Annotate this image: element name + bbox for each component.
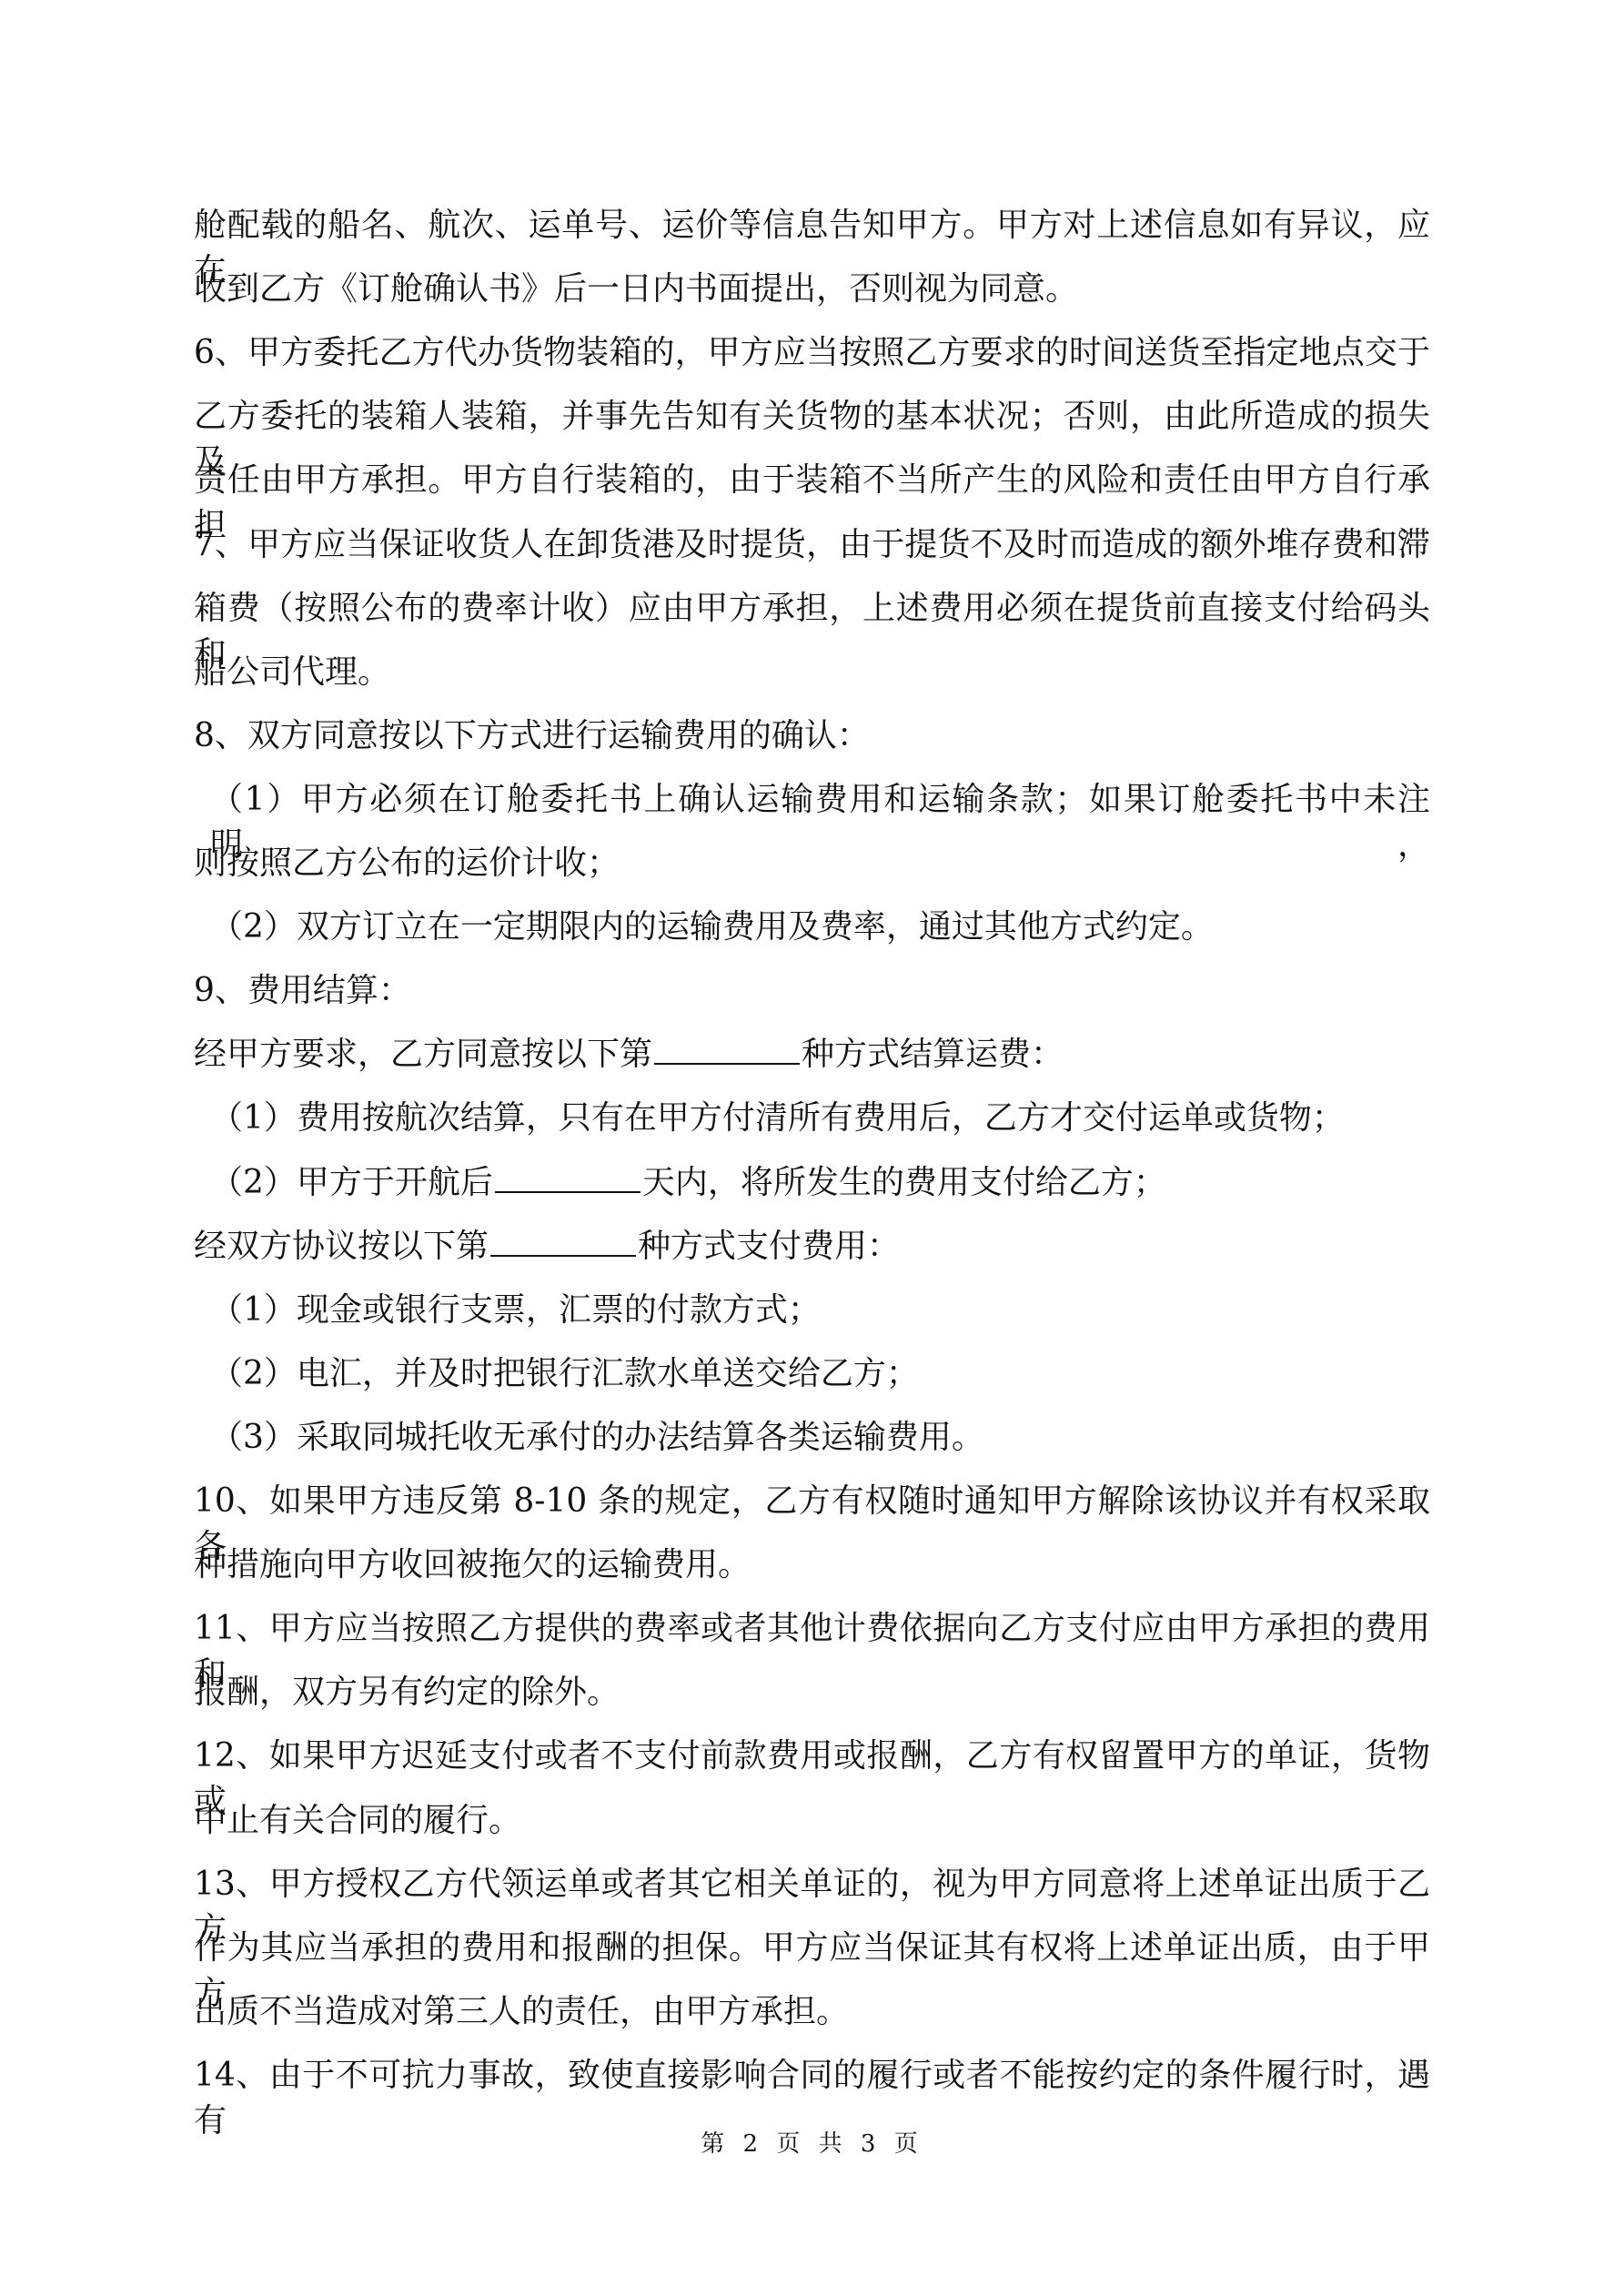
document-line: 则按照乙方公布的运价计收； (194, 841, 1430, 886)
document-line: 9、费用结算： (194, 968, 1430, 1014)
document-line: 收到乙方《订舱确认书》后一日内书面提出，否则视为同意。 (194, 267, 1430, 312)
document-line: （1）费用按航次结算，只有在甲方付清所有费用后，乙方才交付运单或货物； (210, 1096, 1430, 1141)
document-line: （3）采取同城托收无承付的办法结算各类运输费用。 (210, 1415, 1430, 1461)
line-text-after-blank: 种方式支付费用： (638, 1228, 900, 1265)
fill-in-blank[interactable] (490, 1228, 636, 1257)
document-line: 作为其应当承担的费用和报酬的担保。甲方应当保证其有权将上述单证出质，由于甲方 (194, 1926, 1430, 1971)
fill-in-blank[interactable] (654, 1036, 800, 1065)
document-line: 6、甲方委托乙方代办货物装箱的，甲方应当按照乙方要求的时间送货至指定地点交于 (194, 330, 1430, 376)
line-text-before-blank: （2）甲方于开航后 (210, 1164, 493, 1201)
document-line: （2）电汇，并及时把银行汇款水单送交给乙方； (210, 1351, 1430, 1397)
document-line: 报酬，双方另有约定的除外。 (194, 1670, 1430, 1715)
document-line: 14、由于不可抗力事故，致使直接影响合同的履行或者不能按约定的条件履行时，遇有 (194, 2053, 1430, 2099)
document-line: 8、双方同意按以下方式进行运输费用的确认： (194, 713, 1430, 759)
document-line: 7、甲方应当保证收货人在卸货港及时提货，由于提货不及时而造成的额外堆存费和滞 (194, 522, 1430, 568)
fill-in-blank[interactable] (495, 1164, 641, 1193)
document-line: 13、甲方授权乙方代领运单或者其它相关单证的，视为甲方同意将上述单证出质于乙方 (194, 1862, 1430, 1907)
document-line: （1）现金或银行支票，汇票的付款方式； (210, 1288, 1430, 1333)
line-text-before-blank: 经双方协议按以下第 (194, 1228, 489, 1265)
document-line: 责任由甲方承担。甲方自行装箱的，由于装箱不当所产生的风险和责任由甲方自行承担。 (194, 458, 1430, 503)
document-line: 舱配载的船名、航次、运单号、运价等信息告知甲方。甲方对上述信息如有异议，应在 (194, 203, 1430, 248)
document-line: （2）双方订立在一定期限内的运输费用及费率，通过其他方式约定。 (210, 905, 1430, 950)
line-text-before-blank: 经甲方要求，乙方同意按以下第 (194, 1036, 652, 1073)
document-page: 舱配载的船名、航次、运单号、运价等信息告知甲方。甲方对上述信息如有异议，应在收到… (0, 0, 1624, 2296)
line-text-after-blank: 种方式结算运费： (802, 1036, 1064, 1073)
document-line: 10、如果甲方违反第 8-10 条的规定，乙方有权随时通知甲方解除该协议并有权采… (194, 1479, 1430, 1524)
document-line: 12、如果甲方迟延支付或者不支付前款费用或报酬，乙方有权留置甲方的单证，货物或 (194, 1734, 1430, 1779)
document-line: 经甲方要求，乙方同意按以下第种方式结算运费： (194, 1032, 1430, 1077)
document-line: 箱费（按照公布的费率计收）应由甲方承担，上述费用必须在提货前直接支付给码头和 (194, 586, 1430, 632)
line-text-after-blank: 天内，将所发生的费用支付给乙方； (642, 1164, 1166, 1201)
document-line: 种措施向甲方收回被拖欠的运输费用。 (194, 1542, 1430, 1588)
document-line: 11、甲方应当按照乙方提供的费率或者其他计费依据向乙方支付应由甲方承担的费用和 (194, 1606, 1430, 1652)
document-line: （2）甲方于开航后天内，将所发生的费用支付给乙方； (210, 1160, 1430, 1206)
document-line: 出质不当造成对第三人的责任，由甲方承担。 (194, 1989, 1430, 2035)
document-line: 经双方协议按以下第种方式支付费用： (194, 1224, 1430, 1269)
document-line: 船公司代理。 (194, 650, 1430, 695)
document-line: 中止有关合同的履行。 (194, 1798, 1430, 1844)
page-footer: 第 2 页 共 3 页 (0, 2128, 1624, 2160)
document-line: 乙方委托的装箱人装箱，并事先告知有关货物的基本状况；否则，由此所造成的损失及 (194, 394, 1430, 440)
document-line: （1）甲方必须在订舱委托书上确认运输费用和运输条款；如果订舱委托书中未注明， (210, 777, 1430, 823)
